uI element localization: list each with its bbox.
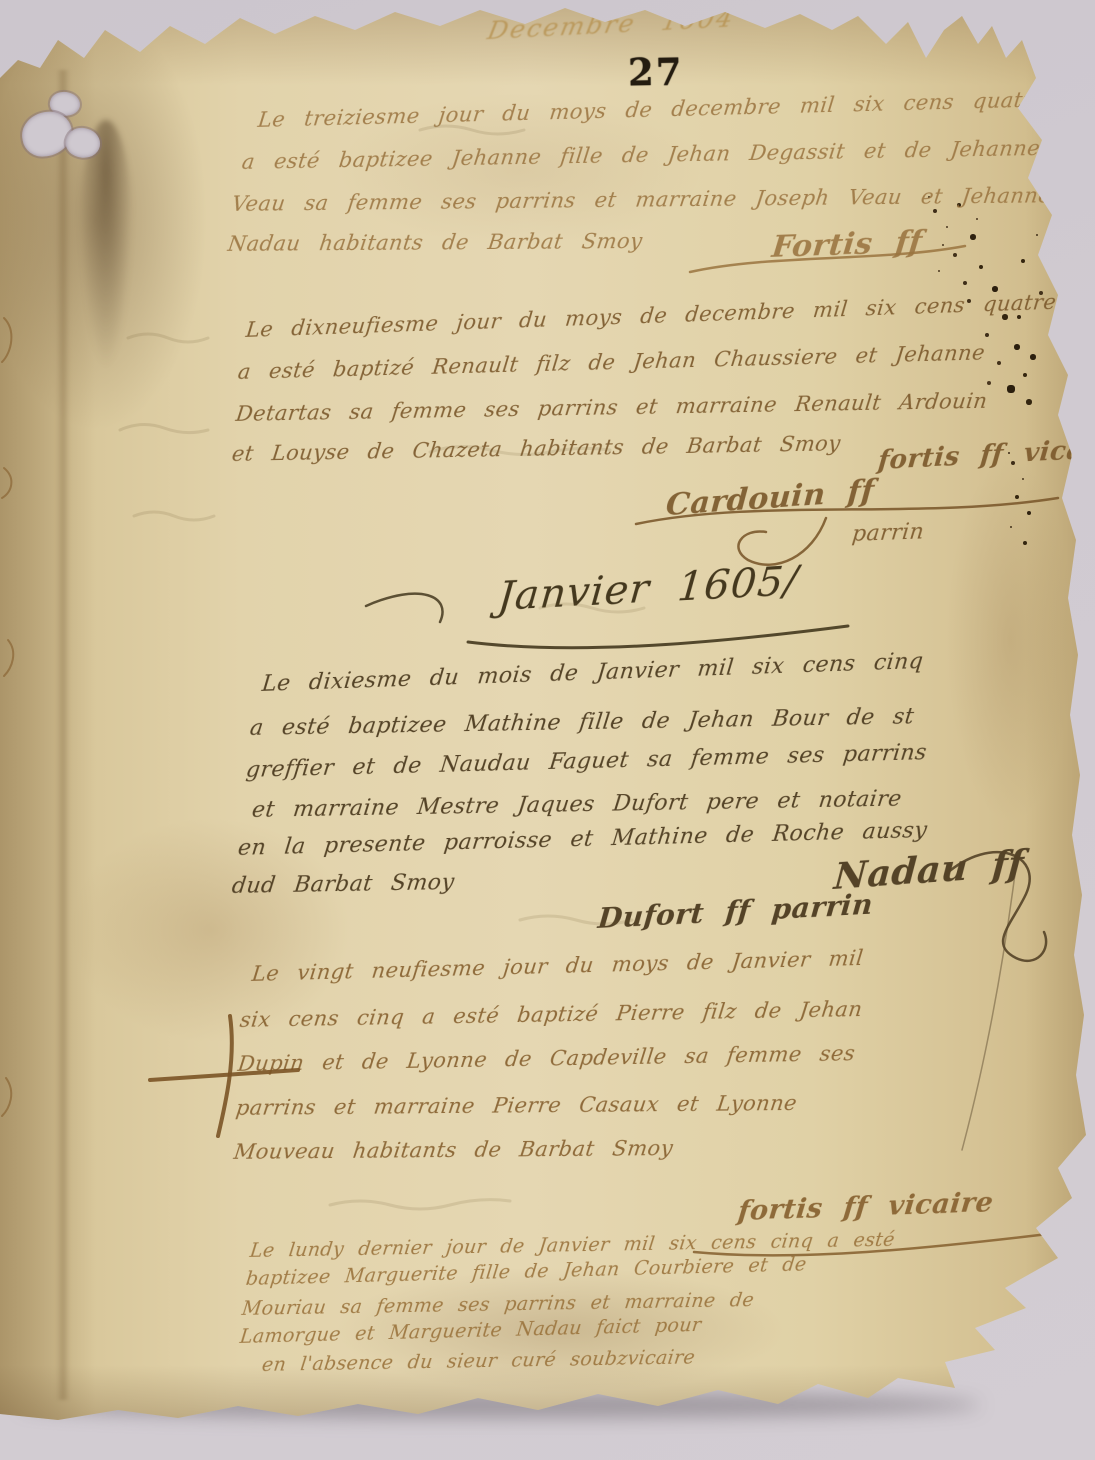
entry-line: dud Barbat Smoy — [230, 870, 455, 899]
entry-line: Lamorgue et Marguerite Nadau faict pour — [239, 1314, 703, 1348]
entry-line: Le vingt neufiesme jour du moys de Janvi… — [251, 946, 865, 986]
entry-line: a esté baptizee Jehanne fille de Jehan D… — [241, 136, 1042, 174]
entry-line: parrins et marraine Pierre Casaux et Lyo… — [234, 1091, 798, 1120]
entry-line: Le dixneufiesme jour du moys de decembre… — [245, 290, 1058, 342]
folio-number-stamp: 27 — [628, 50, 684, 95]
entry-line: et marraine Mestre Jaques Dufort pere et… — [250, 787, 903, 823]
entry-line: six cens cinq a esté baptizé Pierre filz… — [239, 997, 864, 1032]
month-heading: Janvier 1605/ — [496, 558, 801, 620]
entry-line: Dupin et de Lyonne de Capdeville sa femm… — [237, 1041, 857, 1076]
entry-line: Le treiziesme jour du moys de decembre m… — [257, 87, 1048, 132]
entry-line: Veau sa femme ses parrins et marraine Jo… — [230, 183, 1052, 216]
photograph-backdrop: Decembre 1604 27 Le treiziesme jour du m… — [0, 0, 1095, 1460]
entry-line: a esté baptizé Renault filz de Jehan Cha… — [237, 341, 987, 384]
entry-line: greffier et de Naudau Faguet sa femme se… — [245, 740, 929, 783]
entry-line: en l'absence du sieur curé soubzvicaire — [261, 1346, 697, 1376]
entry-line: en la presente parroisse et Mathine de R… — [237, 818, 929, 861]
entry-line: et Louyse de Chazeta habitants de Barbat… — [231, 431, 843, 466]
entry-line: Le dixiesme du mois de Janvier mil six c… — [261, 649, 925, 697]
month-header: Decembre 1604 — [485, 3, 737, 45]
signature-parrin-note: parrin — [851, 520, 926, 547]
entry-line: a esté baptizee Mathine fille de Jehan B… — [248, 704, 915, 741]
entry-line: Mouveau habitants de Barbat Smoy — [232, 1136, 674, 1164]
entry-line: Nadau habitants de Barbat Smoy — [226, 229, 644, 256]
facing-page-marks — [2, 318, 13, 1116]
manuscript-page: Decembre 1604 27 Le treiziesme jour du m… — [0, 0, 1095, 1460]
fold-crease — [56, 70, 70, 1400]
entry-line: Detartas sa femme ses parrins et marrain… — [235, 389, 989, 426]
signature-nadau: Nadau ff — [833, 843, 1026, 898]
signature-fortis: fortis ff vicaire — [736, 1187, 995, 1227]
signature-cardouin: Cardouin ff — [665, 474, 876, 523]
signature-fortis: Fortis ff — [770, 225, 924, 265]
signature-fortis: fortis ff vicaire — [877, 433, 1095, 476]
